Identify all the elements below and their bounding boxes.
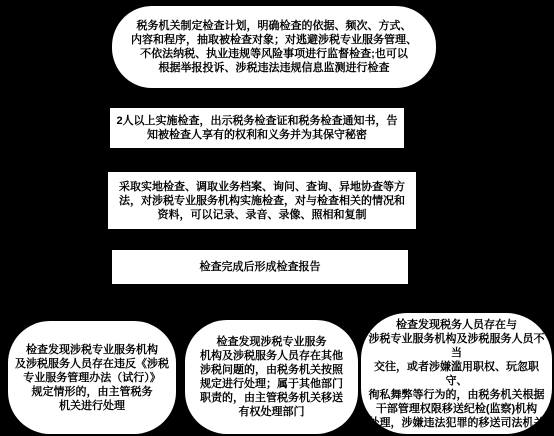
flow-node-inspection-report: 检查完成后形成检查报告	[112, 250, 408, 284]
flow-node-outcome-other-tax-issues: 检查发现涉税专业服务 机构及涉税服务人员存在其他 涉税问题的，由税务机关按照 规…	[185, 320, 358, 434]
flowchart: 税务机关制定检查计划，明确检查的依据、频次、方式、 内容和程序，抽取被检查对象；…	[0, 0, 554, 436]
flow-node-notification: 2人以上实施检查，出示税务检查证和税务检查通知书，告 知被检查人享有的权利和义务…	[110, 108, 404, 148]
flow-node-inspection-methods: 采取实地检查、调取业务档案、询问、查询、异地协查等方 法，对涉税专业服务机构实施…	[108, 172, 416, 229]
flow-node-inspection-plan: 税务机关制定检查计划，明确检查的依据、频次、方式、 内容和程序，抽取被检查对象；…	[112, 6, 436, 88]
flow-node-outcome-violation-of-measures: 检查发现涉税专业服务机构 及涉税服务人员存在违反《涉税 专业服务管理办法（试行）…	[8, 321, 176, 434]
flow-node-outcome-tax-officials-misconduct: 检查发现税务人员存在与 涉税专业服务机构及涉税服务人员不当 交往，或者涉嫌滥用职…	[361, 313, 552, 434]
